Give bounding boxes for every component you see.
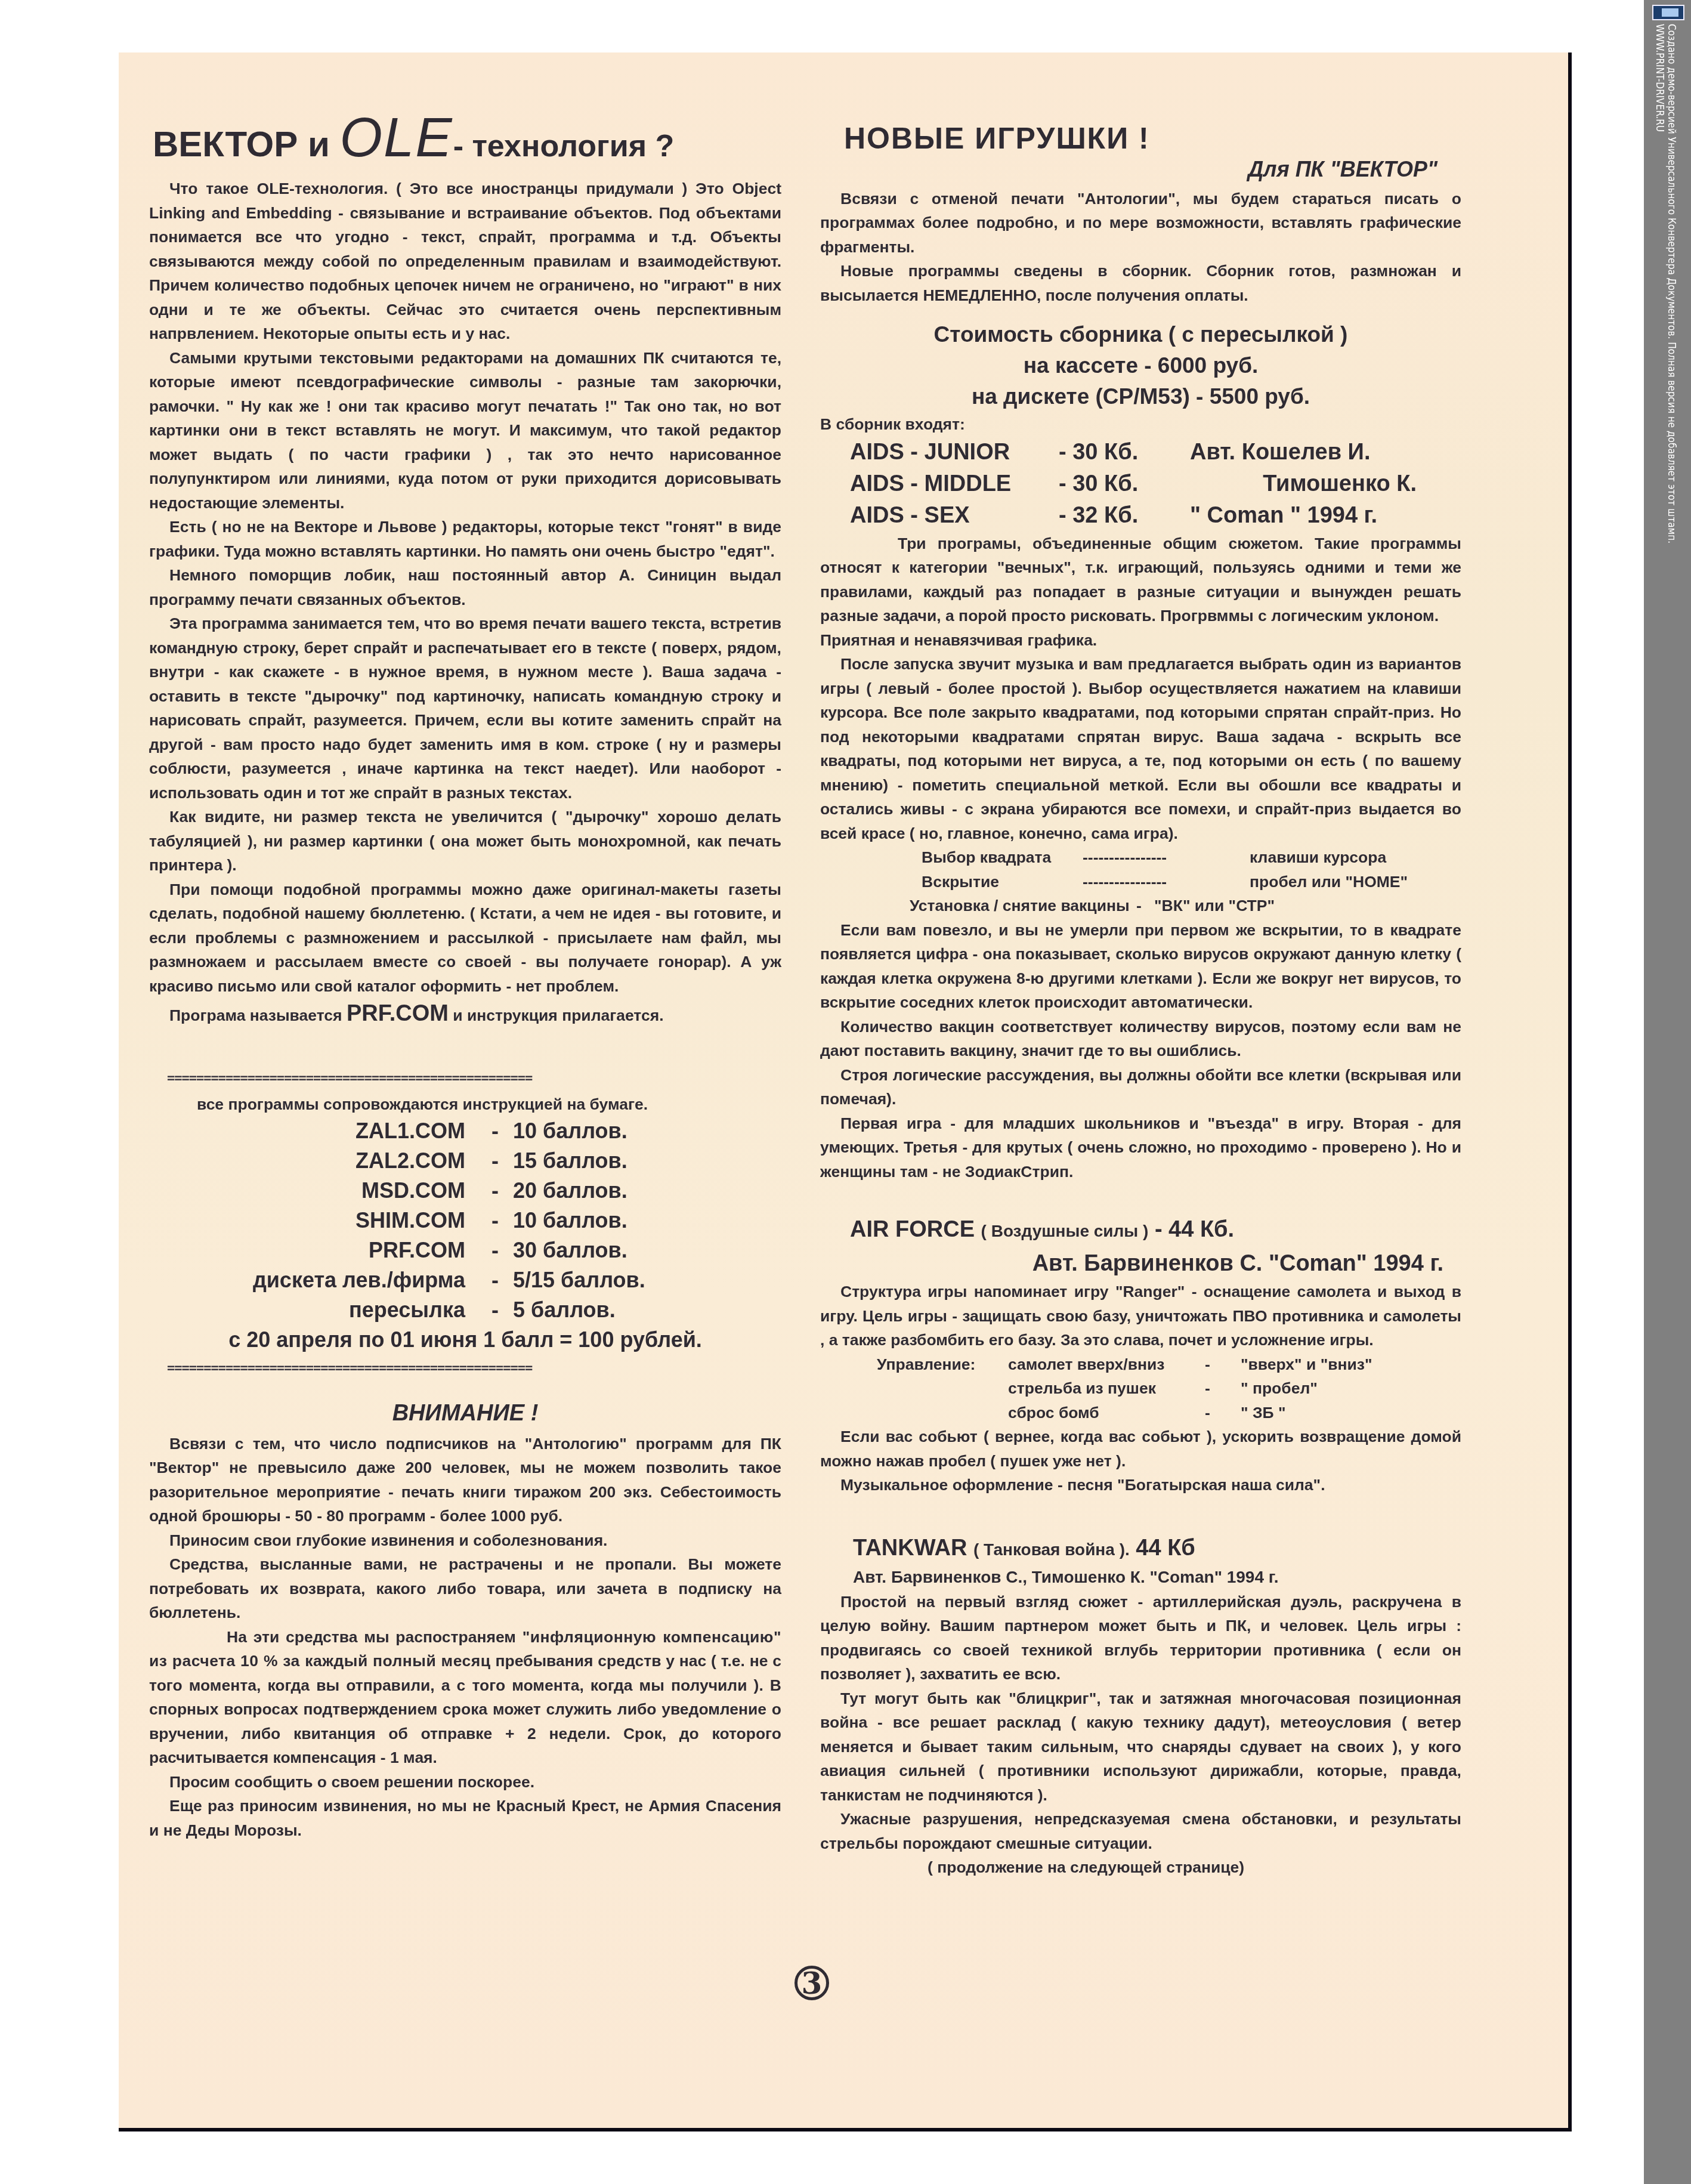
article-title-games: НОВЫЕ ИГРУШКИ ! bbox=[844, 119, 1461, 157]
paragraph: При помощи подобной программы можно даже… bbox=[149, 878, 781, 999]
price-value: 10 баллов. bbox=[513, 1116, 704, 1146]
price-item: ZAL2.COM bbox=[227, 1146, 477, 1176]
left-column: ВЕКТОР и OLE- технология ? Что такое OLE… bbox=[149, 113, 781, 1842]
game-name: AIDS - MIDDLE bbox=[850, 468, 1059, 500]
paragraph: Первая игра - для младших школьников и "… bbox=[820, 1111, 1461, 1184]
paragraph: Структура игры напоминает игру "Ranger" … bbox=[820, 1280, 1461, 1352]
game-size: - 30 Кб. bbox=[1059, 468, 1190, 500]
control-action: стрельба из пушек bbox=[1008, 1376, 1205, 1401]
paragraph: Приносим свои глубокие извинения и собол… bbox=[149, 1528, 781, 1553]
control-dash: - bbox=[1205, 1401, 1241, 1425]
controls-label bbox=[877, 1376, 1008, 1401]
price-dash: - bbox=[477, 1116, 513, 1146]
separator-line: ========================================… bbox=[167, 1360, 769, 1377]
airforce-author: Авт. Барвиненков С. "Coman" 1994 г. bbox=[820, 1247, 1443, 1280]
page-number: 3 bbox=[795, 1966, 829, 2000]
control-key: пробел или "HOME" bbox=[1250, 870, 1461, 894]
control-leader: ---------------- bbox=[1083, 870, 1250, 894]
game-info: Авт. Кошелев И. bbox=[1190, 437, 1440, 468]
paragraph: Как видите, ни размер текста не увеличит… bbox=[149, 805, 781, 878]
controls-label: Управление: bbox=[877, 1352, 1008, 1377]
price-item: пересылка bbox=[227, 1295, 477, 1325]
paragraph: Всвязи с отменой печати "Антологии", мы … bbox=[820, 187, 1461, 260]
paragraph: Новые программы сведены в сборник. Сборн… bbox=[820, 259, 1461, 307]
paragraph: Тут могут быть как "блицкриг", так и зат… bbox=[820, 1686, 1461, 1808]
control-row: Выбор квадрата----------------клавиши ку… bbox=[922, 845, 1461, 870]
paragraph: Простой на первый взгляд сюжет - артилле… bbox=[820, 1590, 1461, 1686]
control-leader: - bbox=[1136, 894, 1154, 918]
control-row: Вскрытие----------------пробел или "HOME… bbox=[922, 870, 1461, 894]
price-dash: - bbox=[477, 1295, 513, 1325]
control-action: Установка / снятие вакцины bbox=[910, 894, 1136, 918]
price-row: PRF.COM-30 баллов. bbox=[149, 1235, 781, 1265]
article-subtitle: Для ПК "ВЕКТОР" bbox=[820, 157, 1437, 182]
price-item: SHIM.COM bbox=[227, 1206, 477, 1235]
control-key: " ЗБ " bbox=[1241, 1401, 1461, 1425]
control-row: сброс бомб-" ЗБ " bbox=[877, 1401, 1461, 1425]
control-action: Вскрытие bbox=[922, 870, 1083, 894]
price-value: 10 баллов. bbox=[513, 1206, 704, 1235]
price-list: ZAL1.COM-10 баллов.ZAL2.COM-15 баллов.MS… bbox=[149, 1116, 781, 1325]
paragraph: Строя логические рассуждения, вы должны … bbox=[820, 1063, 1461, 1111]
game-size: - 30 Кб. bbox=[1059, 437, 1190, 468]
paragraph: Всвязи с тем, что число подписчиков на "… bbox=[149, 1432, 781, 1528]
tankwar-title: TANKWAR ( Танковая война ). 44 Кб bbox=[853, 1533, 1461, 1565]
control-row: Управление:самолет вверх/вниз-"вверх" и … bbox=[877, 1352, 1461, 1377]
paragraph: Просим сообщить о своем решении поскорее… bbox=[149, 1770, 781, 1794]
paragraph: На эти средства мы распостраняем "инфляц… bbox=[149, 1625, 781, 1770]
price-intro: все программы сопровождаются инструкцией… bbox=[197, 1092, 781, 1117]
paragraph: Количество вакцин соответствует количест… bbox=[820, 1015, 1461, 1063]
attention-heading: ВНИМАНИЕ ! bbox=[149, 1401, 781, 1426]
control-row: Установка / снятие вакцины-"ВК" или "СТР… bbox=[910, 894, 1461, 918]
program-name-line: Програма называется PRF.COM и инструкция… bbox=[149, 1002, 781, 1028]
control-leader: ---------------- bbox=[1083, 845, 1250, 870]
price-row: ZAL1.COM-10 баллов. bbox=[149, 1116, 781, 1146]
paragraph: Эта программа занимается тем, что во вре… bbox=[149, 611, 781, 805]
price-value: 15 баллов. bbox=[513, 1146, 704, 1176]
aids-list: AIDS - JUNIOR- 30 Кб.Авт. Кошелев И.AIDS… bbox=[820, 437, 1461, 532]
controls-label bbox=[877, 1401, 1008, 1425]
paragraph: Если вас собьют ( вернее, когда вас собь… bbox=[820, 1425, 1461, 1473]
separator-line: ========================================… bbox=[167, 1070, 769, 1088]
control-row: стрельба из пушек-" пробел" bbox=[877, 1376, 1461, 1401]
price-row: пересылка-5 баллов. bbox=[149, 1295, 781, 1325]
price-item: MSD.COM bbox=[227, 1176, 477, 1206]
price-row: дискета лев./фирма-5/15 баллов. bbox=[149, 1265, 781, 1295]
paragraph: Приятная и ненавязчивая графика. bbox=[820, 628, 1461, 653]
price-item: PRF.COM bbox=[227, 1235, 477, 1265]
document-converter-logo-icon bbox=[1652, 5, 1684, 20]
aids-game-row: AIDS - SEX- 32 Кб." Coman " 1994 г. bbox=[850, 500, 1461, 532]
game-name: AIDS - JUNIOR bbox=[850, 437, 1059, 468]
control-action: сброс бомб bbox=[1008, 1401, 1205, 1425]
paragraph: Немного поморщив лобик, наш постоянный а… bbox=[149, 563, 781, 611]
watermark-text: Создано демо-версией Универсального Конв… bbox=[1653, 24, 1677, 543]
airforce-title: AIR FORCE ( Воздушные силы ) - 44 Кб. bbox=[850, 1213, 1461, 1247]
control-key: "ВК" или "СТР" bbox=[1154, 894, 1461, 918]
paragraph: Еще раз приносим извинения, но мы не Кра… bbox=[149, 1794, 781, 1842]
control-key: "вверх" и "вниз" bbox=[1241, 1352, 1461, 1377]
paragraph: После запуска звучит музыка и вам предла… bbox=[820, 652, 1461, 845]
price-value: 30 баллов. bbox=[513, 1235, 704, 1265]
game-info: " Coman " 1994 г. bbox=[1190, 500, 1440, 532]
price-dash: - bbox=[477, 1265, 513, 1295]
price-row: MSD.COM-20 баллов. bbox=[149, 1176, 781, 1206]
aids-game-row: AIDS - JUNIOR- 30 Кб.Авт. Кошелев И. bbox=[850, 437, 1461, 468]
paragraph: Средства, высланные вами, не растрачены … bbox=[149, 1552, 781, 1625]
control-key: " пробел" bbox=[1241, 1376, 1461, 1401]
game-name: AIDS - SEX bbox=[850, 500, 1059, 532]
aids-controls: Выбор квадрата----------------клавиши ку… bbox=[922, 845, 1461, 918]
paragraph: Три програмы, объединенные общим сюжетом… bbox=[820, 532, 1461, 628]
game-info: Тимошенко К. bbox=[1190, 468, 1440, 500]
price-row: ZAL2.COM-15 баллов. bbox=[149, 1146, 781, 1176]
collection-cost: Стоимость сборника ( с пересылкой ) на к… bbox=[820, 319, 1461, 412]
control-dash: - bbox=[1205, 1352, 1241, 1377]
aids-game-row: AIDS - MIDDLE- 30 Кб.Тимошенко К. bbox=[850, 468, 1461, 500]
price-dash: - bbox=[477, 1235, 513, 1265]
price-value: 20 баллов. bbox=[513, 1176, 704, 1206]
right-column: НОВЫЕ ИГРУШКИ ! Для ПК "ВЕКТОР" Всвязи с… bbox=[820, 113, 1461, 1880]
continued-note: ( продолжение на следующей странице) bbox=[928, 1855, 1461, 1880]
price-row: SHIM.COM-10 баллов. bbox=[149, 1206, 781, 1235]
watermark-bar: Создано демо-версией Универсального Конв… bbox=[1644, 0, 1691, 2184]
article-title-ole: ВЕКТОР и OLE- технология ? bbox=[153, 116, 781, 168]
tankwar-author: Авт. Барвиненков С., Тимошенко К. "Coman… bbox=[853, 1565, 1461, 1590]
price-value: 5/15 баллов. bbox=[513, 1265, 704, 1295]
price-value: 5 баллов. bbox=[513, 1295, 704, 1325]
price-item: ZAL1.COM bbox=[227, 1116, 477, 1146]
paragraph: Если вам повезло, и вы не умерли при пер… bbox=[820, 918, 1461, 1015]
game-size: - 32 Кб. bbox=[1059, 500, 1190, 532]
price-dash: - bbox=[477, 1176, 513, 1206]
price-item: дискета лев./фирма bbox=[227, 1265, 477, 1295]
control-key: клавиши курсора bbox=[1250, 845, 1461, 870]
paragraph: Самыми крутыми текстовыми редакторами на… bbox=[149, 346, 781, 515]
control-action: Выбор квадрата bbox=[922, 845, 1083, 870]
control-dash: - bbox=[1205, 1376, 1241, 1401]
paragraph: Что такое OLE-технология. ( Это все инос… bbox=[149, 177, 781, 346]
paragraph: Есть ( но не на Векторе и Львове ) редак… bbox=[149, 515, 781, 563]
price-dash: - bbox=[477, 1146, 513, 1176]
control-action: самолет вверх/вниз bbox=[1008, 1352, 1205, 1377]
price-note: с 20 апреля по 01 июня 1 балл = 100 рубл… bbox=[149, 1325, 781, 1355]
price-dash: - bbox=[477, 1206, 513, 1235]
airforce-controls: Управление:самолет вверх/вниз-"вверх" и … bbox=[877, 1352, 1461, 1425]
paragraph: Ужасные разрушения, непредсказуемая смен… bbox=[820, 1807, 1461, 1855]
paragraph: Музыкальное оформление - песня "Богатырс… bbox=[820, 1473, 1461, 1497]
includes-label: В сборник входят: bbox=[820, 412, 1461, 437]
